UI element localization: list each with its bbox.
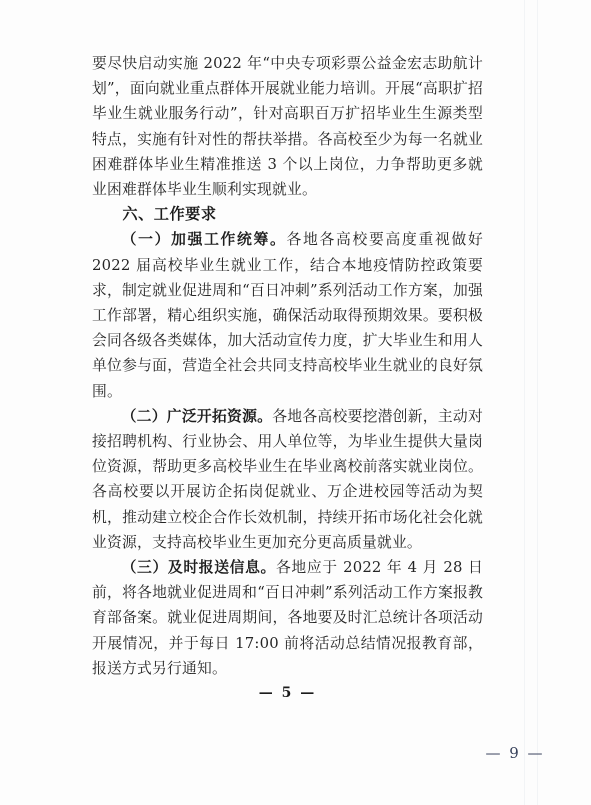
section-heading: 六、工作要求 — [92, 202, 483, 227]
paragraph-lead: （一）加强工作统筹。 — [122, 231, 287, 248]
document-page-number: — 5 — — [92, 681, 483, 706]
document-page: 要尽快启动实施 2022 年“中央专项彩票公益金宏志助航计划”，面向就业重点群体… — [0, 0, 591, 805]
paragraph-text: 各地各高校要高度重视做好 2022 届高校毕业生就业工作，结合本地疫情防控政策要… — [92, 231, 483, 399]
paragraph-text: 各地应于 2022 年 4 月 28 日前，将各地就业促进周和“百日冲刺”系列活… — [92, 559, 483, 677]
body-paragraph-continuation: 要尽快启动实施 2022 年“中央专项彩票公益金宏志助航计划”，面向就业重点群体… — [92, 51, 483, 202]
scan-artifact-line — [524, 0, 525, 805]
paragraph-text: 各地各高校要挖潜创新，主动对接招聘机构、行业协会、用人单位等，为毕业生提供大量岗… — [92, 408, 483, 551]
scan-page-number: — 9 — — [480, 744, 550, 762]
body-paragraph-1: （一）加强工作统筹。各地各高校要高度重视做好 2022 届高校毕业生就业工作，结… — [92, 227, 483, 403]
scan-artifact-line — [537, 0, 538, 805]
body-paragraph-2: （二）广泛开拓资源。各地各高校要挖潜创新，主动对接招聘机构、行业协会、用人单位等… — [92, 404, 483, 555]
paragraph-lead: （二）广泛开拓资源。 — [122, 408, 273, 425]
paragraph-lead: （三）及时报送信息。 — [122, 559, 276, 576]
document-text-block: 要尽快启动实施 2022 年“中央专项彩票公益金宏志助航计划”，面向就业重点群体… — [92, 51, 483, 706]
body-paragraph-3: （三）及时报送信息。各地应于 2022 年 4 月 28 日前，将各地就业促进周… — [92, 555, 483, 681]
